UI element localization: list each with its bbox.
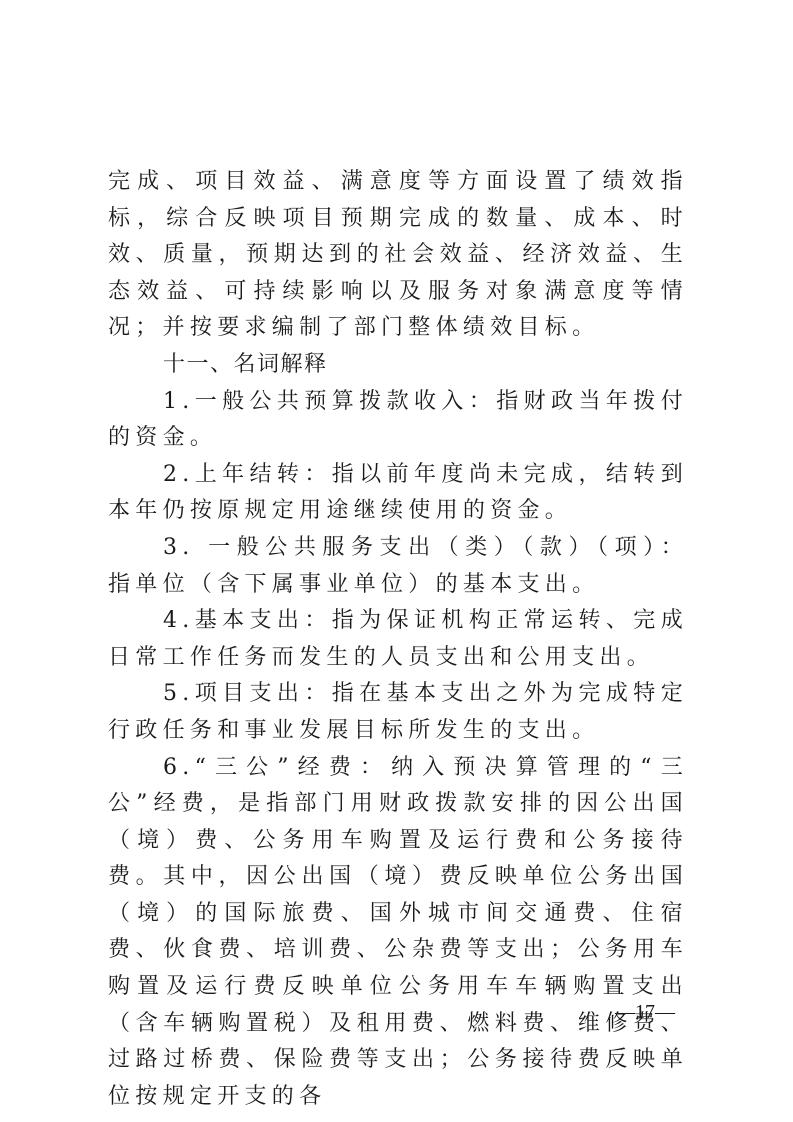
definition-item: 4.基本支出：指为保证机构正常运转、完成日常工作任务而发生的人员支出和公用支出。 <box>108 603 688 676</box>
document-page: 完成、项目效益、满意度等方面设置了绩效指标，综合反映项目预期完成的数量、成本、时… <box>0 0 793 1122</box>
section-heading: 十一、名词解释 <box>108 347 688 384</box>
definition-item: 3. 一般公共服务支出（类）（款）（项）：指单位（含下属事业单位）的基本支出。 <box>108 530 688 603</box>
definition-item: 1.一般公共预算拨款收入：指财政当年拨付的资金。 <box>108 384 688 457</box>
body-text: 完成、项目效益、满意度等方面设置了绩效指标，综合反映项目预期完成的数量、成本、时… <box>108 164 688 1115</box>
definition-item: 6.“三公”经费：纳入预决算管理的“三公”经费，是指部门用财政拨款安排的因公出国… <box>108 750 688 1116</box>
continuation-paragraph: 完成、项目效益、满意度等方面设置了绩效指标，综合反映项目预期完成的数量、成本、时… <box>108 164 688 347</box>
page-number: —17— <box>615 1001 675 1024</box>
definition-item: 2.上年结转：指以前年度尚未完成，结转到本年仍按原规定用途继续使用的资金。 <box>108 457 688 530</box>
definition-item: 5.项目支出：指在基本支出之外为完成特定行政任务和事业发展目标所发生的支出。 <box>108 676 688 749</box>
